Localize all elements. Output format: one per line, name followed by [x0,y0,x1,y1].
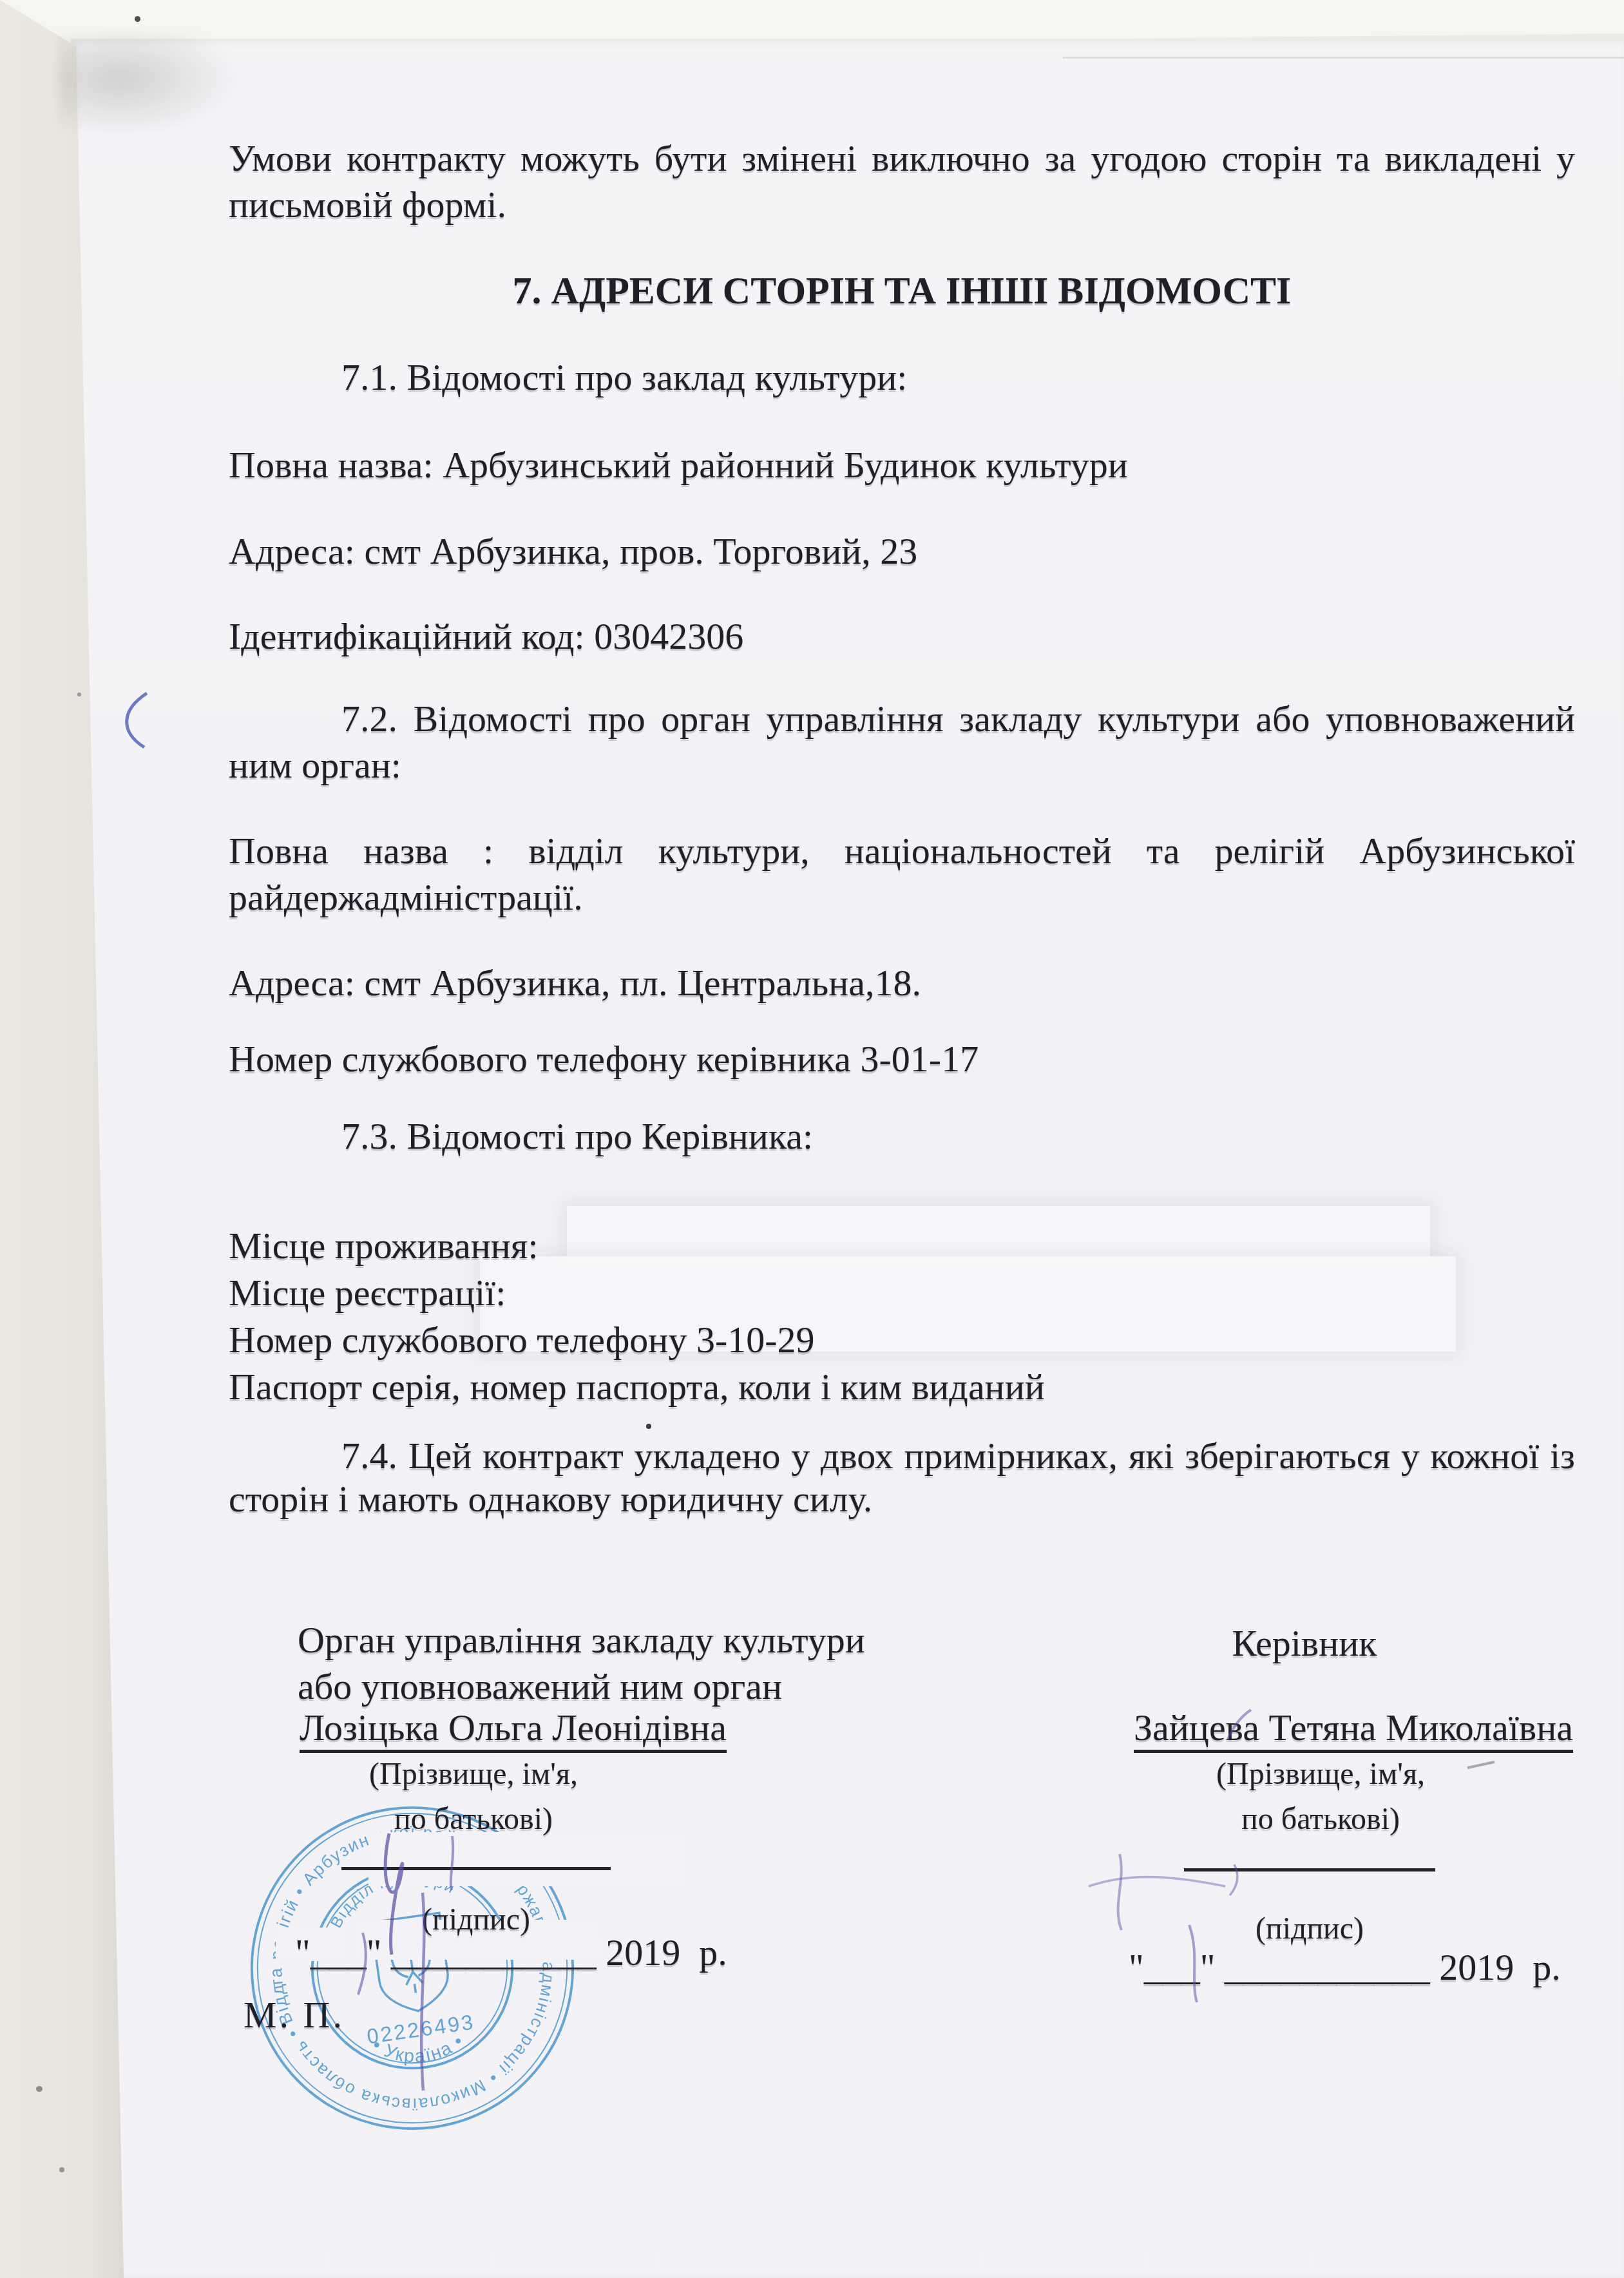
page-corner-shadow [58,32,264,148]
scan-speck [77,693,81,696]
clause-7-2-title-line1: 7.2. Відомості про орган управління закл… [229,696,1575,742]
left-signatory-role-line2: або уповноважений ним орган [298,1663,782,1710]
left-name-caption-line1: (Прізвище, ім'я, [300,1754,647,1795]
clause-7-2-title-line2: ним орган: [229,742,1575,789]
scan-seam [1063,57,1624,59]
left-date-line: "___" ___________ 2019 р. [295,1929,727,1976]
clause-7-3-phone: Номер службового телефону 3-10-29 [229,1317,1575,1363]
intro-paragraph-line2: письмовій формі. [229,182,1575,228]
left-name-caption-line2: по батькові) [300,1799,647,1840]
stamp-whiteout-patch [368,1832,687,1886]
clause-7-4-line2: сторін і мають однакову юридичну силу. [229,1476,1575,1522]
scan-speck [135,16,140,22]
right-name-caption-line2: по батькові) [1147,1799,1495,1840]
clause-7-4-line1: 7.4. Цей контракт укладено у двох примір… [229,1433,1575,1479]
left-signature-line [341,1867,611,1870]
right-signatory-role: Керівник [1095,1620,1514,1667]
right-signatory-name: Зайцева Тетяна Миколаївна [1134,1708,1573,1753]
scanned-contract-page: { "colors": { "ink": "#1f1f27", "paper":… [0,0,1624,2278]
right-signature-line [1184,1868,1435,1871]
intro-paragraph-line1: Умови контракту можуть бути змінені викл… [229,135,1575,182]
right-date-line: "___" ___________ 2019 р. [1129,1944,1561,1991]
clause-7-3-passport: Паспорт серія, номер паспорта, коли і ки… [229,1364,1575,1410]
clause-7-2-address: Адреса: смт Арбузинка, пл. Центральна,18… [229,960,1575,1006]
right-name-caption-line1: (Прізвище, ім'я, [1147,1754,1495,1795]
section-heading: 7. АДРЕСИ СТОРІН ТА ІНШІ ВІДОМОСТІ [229,267,1575,314]
clause-7-2-phone: Номер службового телефону керівника 3-01… [229,1036,1575,1082]
clause-7-3-registration: Місце реєстрації: [229,1270,1575,1316]
scan-speck [59,2167,64,2172]
left-signatory-role-line1: Орган управління закладу культури [298,1617,865,1663]
clause-7-2-full-name-line2: райдержадміністрації. [229,874,1575,921]
clause-7-1-full-name: Повна назва: Арбузинський районний Будин… [229,442,1575,488]
clause-7-1-address: Адреса: смт Арбузинка, пров. Торговий, 2… [229,528,1575,575]
left-signatory-name: Лозіцька Ольга Леонідівна [300,1708,727,1753]
ink-dot [646,1424,651,1429]
clause-7-1-id-code: Ідентифікаційний код: 03042306 [229,613,1575,660]
clause-7-3-residence: Місце проживання: [229,1223,1575,1269]
clause-7-1-title: 7.1. Відомості про заклад культури: [229,354,1575,401]
clause-7-2-full-name-line1: Повна назва : відділ культури, національ… [229,828,1575,874]
right-signature-caption: (підпис) [1184,1908,1435,1949]
left-seal-mark: М. П. [244,1992,345,2038]
scan-speck [36,2086,43,2092]
clause-7-3-title: 7.3. Відомості про Керівника: [229,1113,1575,1160]
